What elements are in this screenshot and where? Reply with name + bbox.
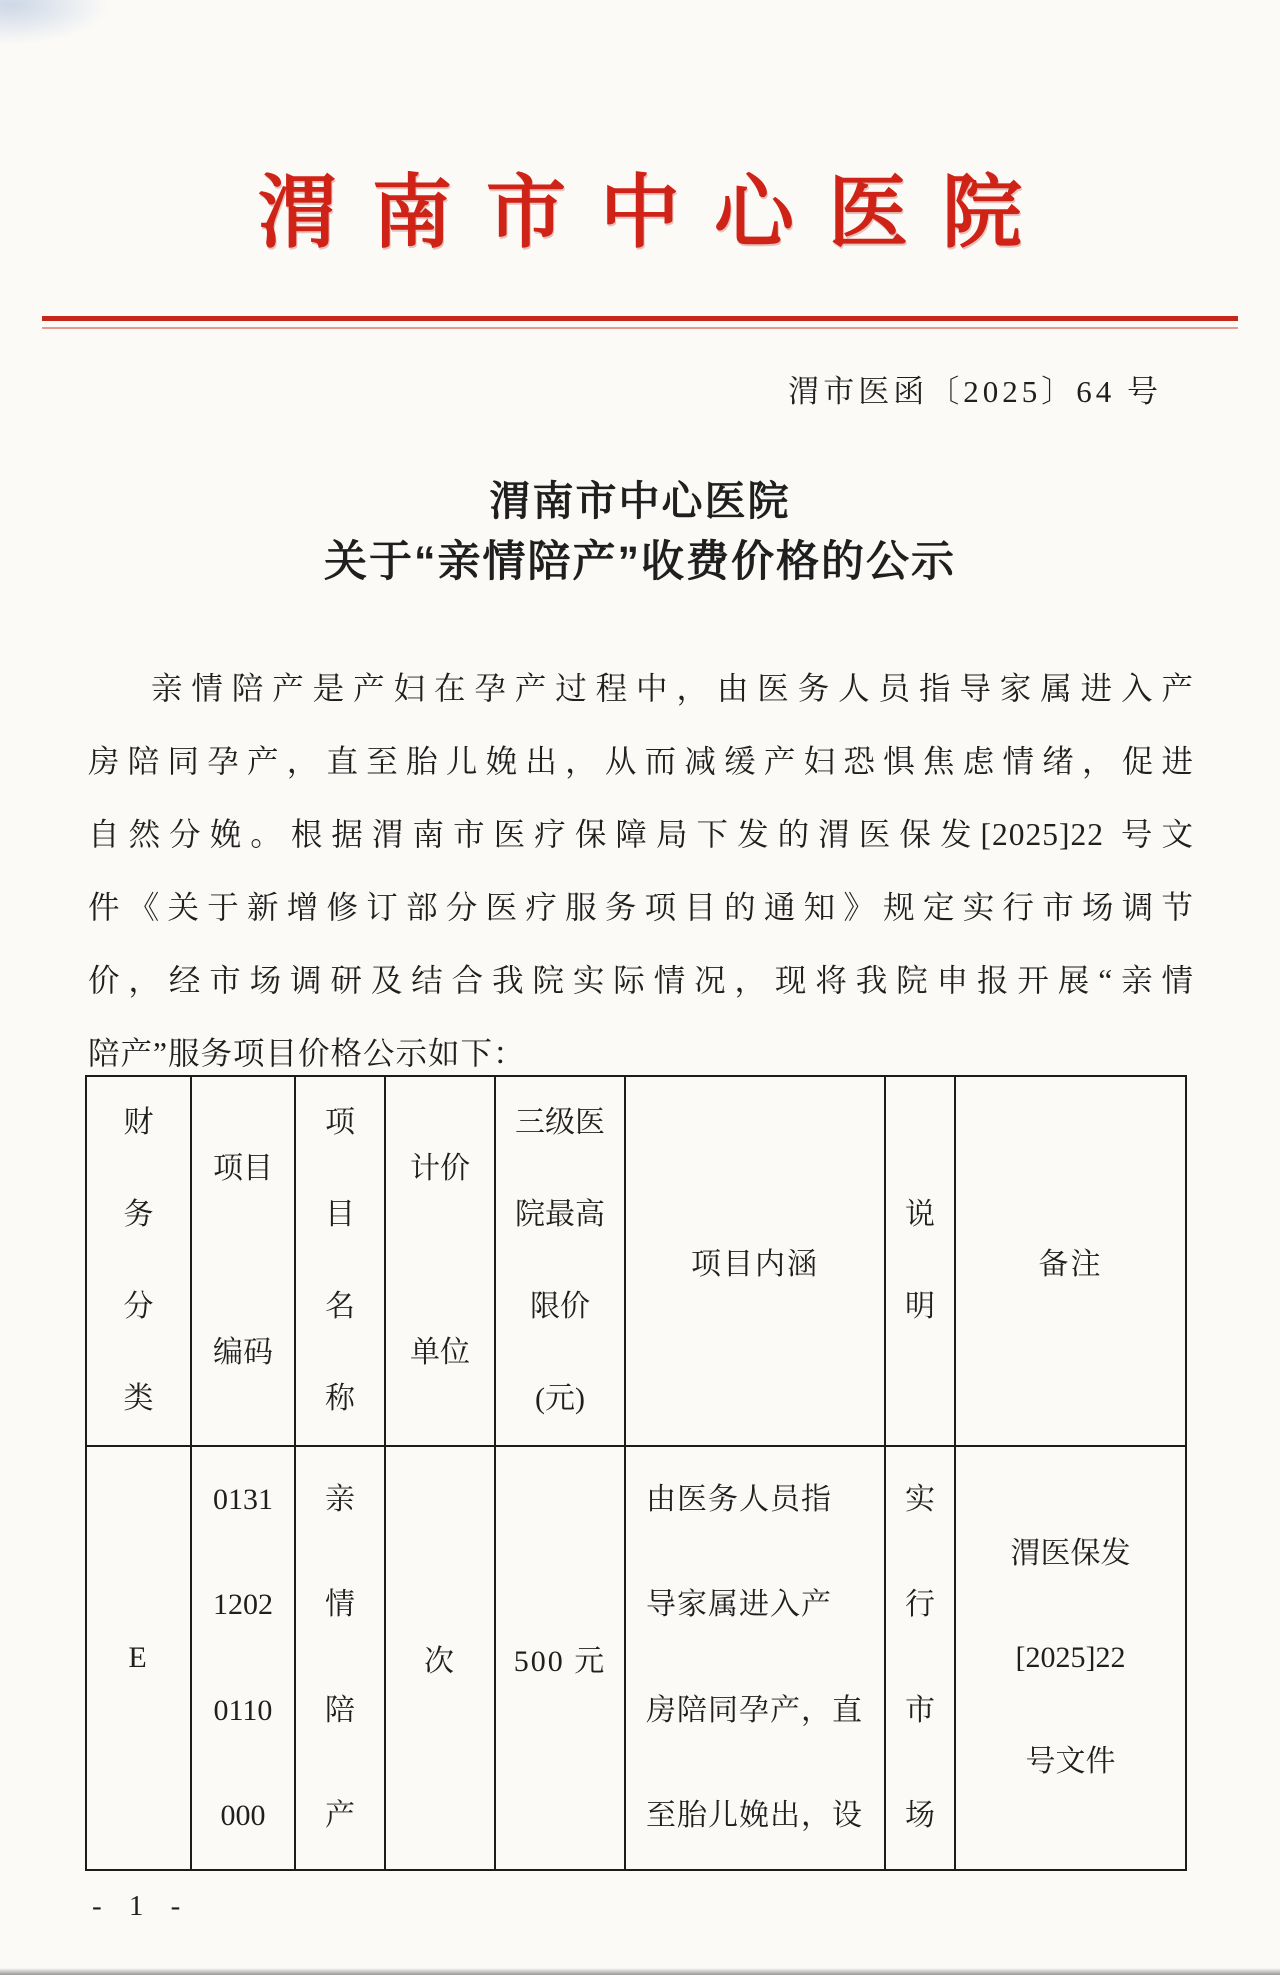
- cell-item-content: 由医务人员指导家属进入产房陪同孕产，直至胎儿娩出，设: [625, 1446, 885, 1870]
- header-unit: 计价单位: [385, 1076, 495, 1446]
- text-line: 亲情陪产是产妇在孕产过程中，由医务人员指导家属进入产: [88, 652, 1194, 725]
- text-line: 1202: [213, 1590, 273, 1620]
- text-line: 亲: [325, 1485, 355, 1515]
- document-title-line1: 渭南市中心医院: [0, 468, 1280, 527]
- text-line: 产: [325, 1801, 355, 1831]
- text-line: 财: [124, 1108, 154, 1138]
- text-line: 价，经市场调研及结合我院实际情况，现将我院申报开展“亲情: [88, 944, 1194, 1017]
- text-line: 院最高: [515, 1200, 605, 1230]
- text-line: 名: [325, 1292, 355, 1322]
- text-line: 场: [905, 1801, 935, 1831]
- scan-edge-bottom: [0, 1968, 1280, 1975]
- text-line: 房陪同孕产，直: [646, 1696, 863, 1726]
- document-page: 渭南市中心医院 渭市医函〔2025〕64 号 渭南市中心医院 关于“亲情陪产”收…: [0, 0, 1280, 1975]
- text-line: 件《关于新增修订部分医疗服务项目的通知》规定实行市场调节: [88, 871, 1194, 944]
- header-remark: 备注: [955, 1076, 1186, 1446]
- text-line: 实: [905, 1485, 935, 1515]
- text-line: 号文件: [1026, 1747, 1116, 1777]
- table-data-row: E 013112020110000 亲情陪产 次 500 元 由医务人员指导家属…: [86, 1446, 1186, 1870]
- price-table: 财务分类 项目编码 项目名称 计价单位 三级医院最高限价(元) 项目内涵 说明 …: [85, 1075, 1187, 1871]
- text-line: 务: [124, 1200, 154, 1230]
- text-line: 自然分娩。根据渭南市医疗保障局下发的渭医保发[2025]22 号文: [88, 798, 1194, 871]
- text-line: (元): [535, 1384, 585, 1414]
- text-line: 至胎儿娩出，设: [646, 1801, 863, 1831]
- body-paragraph: 亲情陪产是产妇在孕产过程中，由医务人员指导家属进入产房陪同孕产，直至胎儿娩出，从…: [88, 652, 1194, 1090]
- document-title-line2: 关于“亲情陪产”收费价格的公示: [0, 528, 1280, 589]
- text-line: 房陪同孕产，直至胎儿娩出，从而减缓产妇恐惧焦虑情绪，促进: [88, 725, 1194, 798]
- document-number: 渭市医函〔2025〕64 号: [788, 366, 1162, 411]
- text-line: 限价: [530, 1292, 590, 1322]
- text-line: 由医务人员指: [646, 1485, 832, 1515]
- cell-remark: 渭医保发[2025]22号文件: [955, 1446, 1186, 1870]
- cell-item-code: 013112020110000: [191, 1446, 295, 1870]
- cell-max-price: 500 元: [495, 1446, 625, 1870]
- scan-corner-artifact: [0, 0, 110, 45]
- text-line: 导家属进入产: [646, 1590, 832, 1620]
- text-line: 称: [325, 1384, 355, 1414]
- text-line: 类: [124, 1384, 154, 1414]
- text-line: 渭医保发: [1011, 1539, 1131, 1569]
- header-max-price: 三级医院最高限价(元): [495, 1076, 625, 1446]
- letterhead-rule-thick: [42, 316, 1238, 321]
- text-line: 陪: [325, 1696, 355, 1726]
- text-line: 0110: [214, 1696, 273, 1726]
- text-line: [2025]22: [1016, 1643, 1126, 1673]
- letterhead-hospital-name: 渭南市中心医院: [0, 148, 1280, 263]
- text-line: 情: [325, 1590, 355, 1620]
- header-item-code: 项目编码: [191, 1076, 295, 1446]
- text-line: 计价: [410, 1154, 470, 1184]
- table-header-row: 财务分类 项目编码 项目名称 计价单位 三级医院最高限价(元) 项目内涵 说明 …: [86, 1076, 1186, 1446]
- text-line: 项: [325, 1108, 355, 1138]
- cell-finance-class: E: [86, 1446, 191, 1870]
- text-line: 行: [905, 1590, 935, 1620]
- header-note: 说明: [885, 1076, 955, 1446]
- header-item-name: 项目名称: [295, 1076, 385, 1446]
- text-line: 0131: [213, 1485, 273, 1515]
- text-line: 目: [325, 1200, 355, 1230]
- text-line: 000: [221, 1801, 266, 1831]
- cell-note: 实行市场: [885, 1446, 955, 1870]
- text-line: 分: [124, 1292, 154, 1322]
- cell-item-name: 亲情陪产: [295, 1446, 385, 1870]
- text-line: 说: [905, 1200, 935, 1230]
- text-line: 单位: [410, 1338, 470, 1368]
- cell-unit: 次: [385, 1446, 495, 1870]
- letterhead-rule-thin: [42, 327, 1238, 329]
- text-line: 市: [905, 1696, 935, 1726]
- header-finance-class: 财务分类: [86, 1076, 191, 1446]
- text-line: 编码: [213, 1338, 273, 1368]
- text-line: 明: [905, 1292, 935, 1322]
- text-line: 三级医: [515, 1108, 605, 1138]
- page-number: - 1 -: [92, 1890, 190, 1923]
- text-line: 项目: [213, 1154, 273, 1184]
- header-item-content: 项目内涵: [625, 1076, 885, 1446]
